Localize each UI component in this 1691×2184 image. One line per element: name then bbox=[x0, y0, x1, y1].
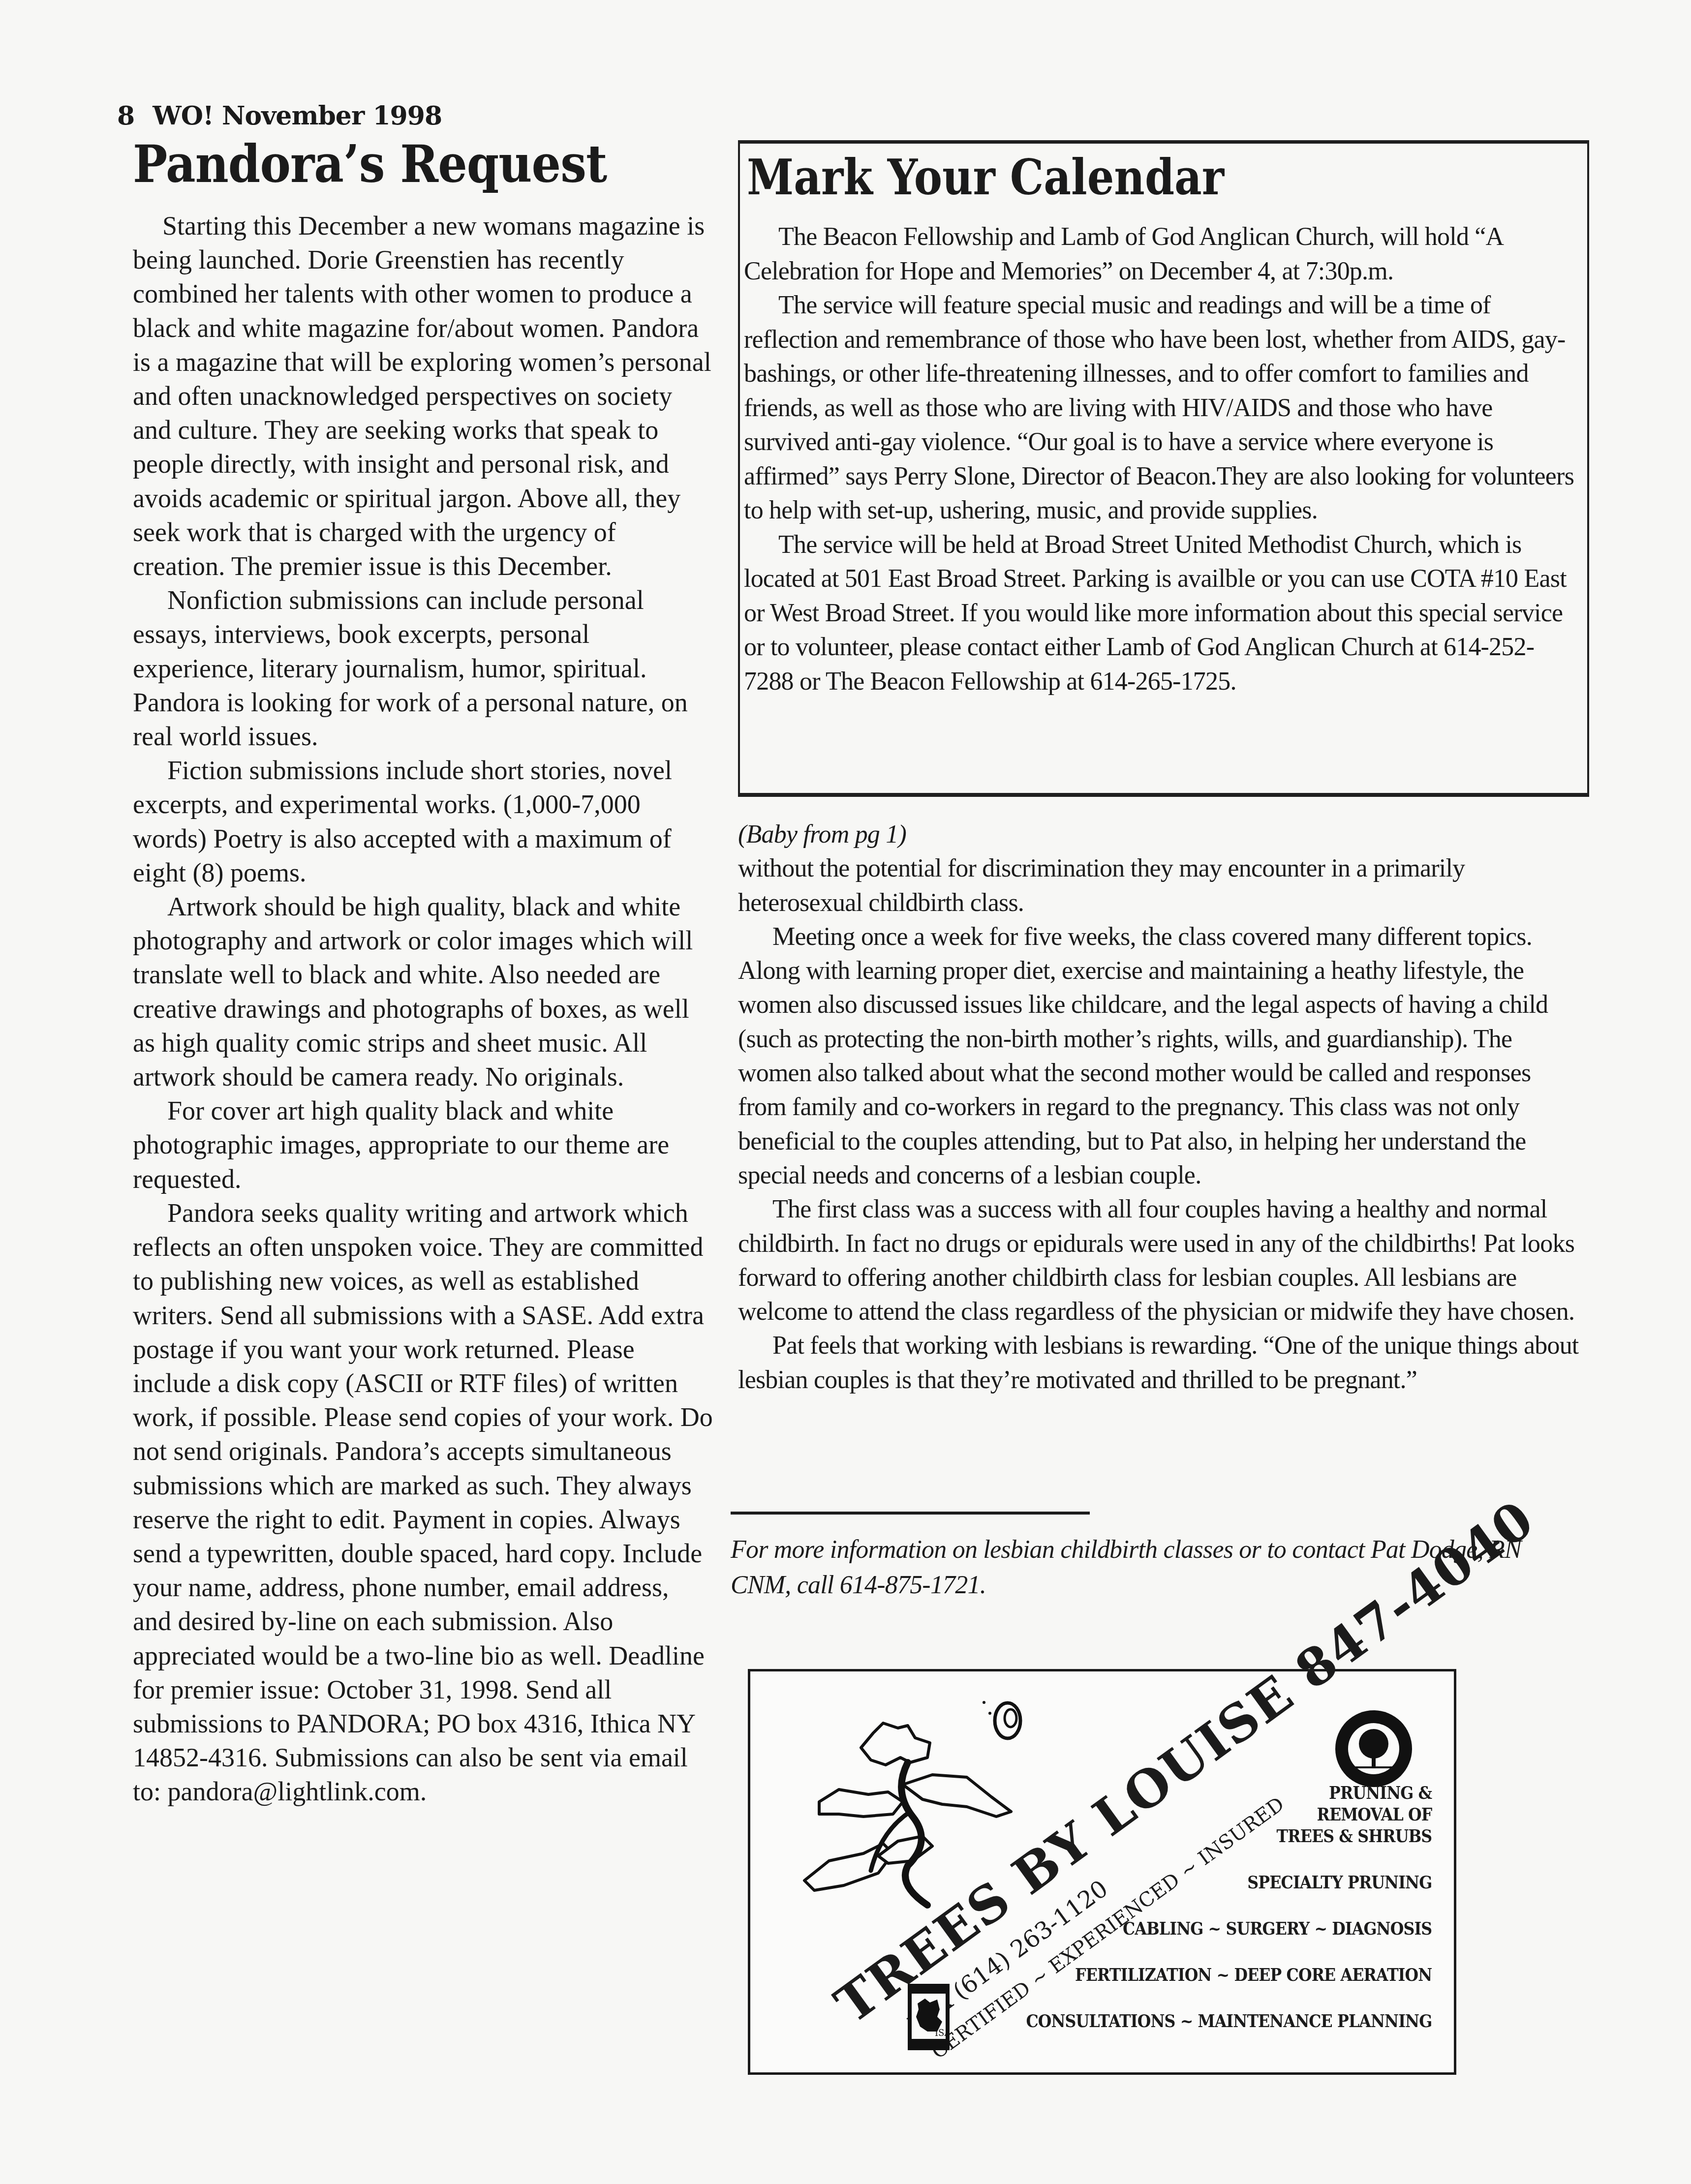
publication-issue: WO! November 1998 bbox=[153, 101, 442, 131]
service-item: CONSULTATIONS ~ MAINTENANCE PLANNING bbox=[1026, 2010, 1432, 2032]
paragraph: Pandora seeks quality writing and artwor… bbox=[133, 1196, 713, 1809]
isa-society-seal-icon bbox=[1333, 1708, 1414, 1790]
page-folio: 8 WO! November 1998 bbox=[117, 101, 442, 131]
paragraph: The Beacon Fellowship and Lamb of God An… bbox=[744, 220, 1583, 288]
service-item: PRUNING & bbox=[1026, 1782, 1432, 1804]
service-list: PRUNING & REMOVAL OF TREES & SHRUBS SPEC… bbox=[1026, 1782, 1432, 2032]
paragraph: For cover art high quality black and whi… bbox=[133, 1094, 713, 1196]
calendar-box-title: Mark Your Calendar bbox=[747, 152, 1224, 202]
paragraph: without the potential for discrimination… bbox=[738, 851, 1584, 920]
service-item: REMOVAL OF bbox=[1026, 1804, 1432, 1825]
page-number: 8 bbox=[117, 101, 134, 131]
calendar-box: Mark Your Calendar The Beacon Fellowship… bbox=[738, 140, 1589, 797]
divider-rule bbox=[731, 1512, 1090, 1515]
continuation-label: (Baby from pg 1) bbox=[738, 818, 1584, 851]
paragraph: The service will be held at Broad Street… bbox=[744, 528, 1583, 699]
paragraph: Meeting once a week for five weeks, the … bbox=[738, 920, 1584, 1192]
service-item: SPECIALTY PRUNING bbox=[1026, 1872, 1432, 1893]
calendar-box-body: The Beacon Fellowship and Lamb of God An… bbox=[744, 220, 1583, 698]
service-item: TREES & SHRUBS bbox=[1026, 1825, 1432, 1847]
paragraph: Pat feels that working with lesbians is … bbox=[738, 1329, 1584, 1397]
paragraph: Starting this December a new womans maga… bbox=[133, 209, 713, 583]
advertisement-trees-by-louise: TREES BY LOUISE 847-4040 FAX (614) 263-1… bbox=[748, 1669, 1456, 2075]
article-body-pandoras-request: Starting this December a new womans maga… bbox=[133, 209, 713, 1809]
paragraph: The service will feature special music a… bbox=[744, 288, 1583, 528]
article-title-pandoras-request: Pandora’s Request bbox=[133, 139, 607, 190]
certified-arborist-badge-icon: ISA bbox=[908, 1984, 950, 2050]
paragraph: Artwork should be high quality, black an… bbox=[133, 890, 713, 1094]
paragraph: Nonfiction submissions can include perso… bbox=[133, 583, 713, 754]
svg-text:ISA: ISA bbox=[935, 2028, 950, 2038]
article-body-baby-continued: (Baby from pg 1) without the potential f… bbox=[738, 818, 1584, 1397]
service-item: FERTILIZATION ~ DEEP CORE AERATION bbox=[1026, 1964, 1432, 1986]
paragraph: Fiction submissions include short storie… bbox=[133, 754, 713, 890]
service-item: CABLING ~ SURGERY ~ DIAGNOSIS bbox=[1026, 1918, 1432, 1940]
paragraph: The first class was a success with all f… bbox=[738, 1192, 1584, 1329]
